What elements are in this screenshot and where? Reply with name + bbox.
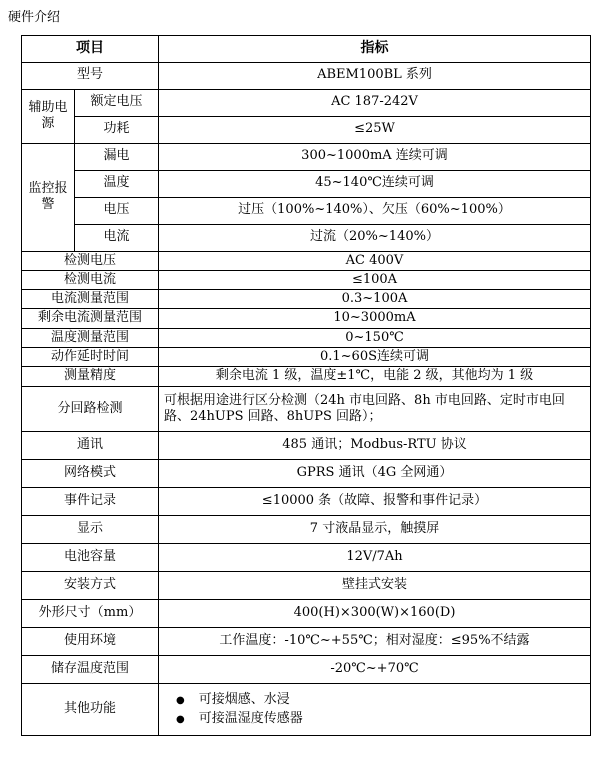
- table-row: 动作延时时间 0.1~60S连续可调: [22, 347, 591, 366]
- row-dimensions-label: 外形尺寸（mm）: [22, 600, 159, 628]
- row-residual-current-range-value: 10~3000mA: [159, 309, 591, 328]
- group-aux-power: 辅助电源: [22, 89, 75, 143]
- table-row: 功耗 ≤25W: [22, 116, 591, 143]
- table-row: 温度 45~140℃连续可调: [22, 170, 591, 197]
- row-storage-temp-label: 储存温度范围: [22, 656, 159, 684]
- bullet-item: ● 可接温湿度传感器: [164, 710, 585, 728]
- row-action-delay-value: 0.1~60S连续可调: [159, 347, 591, 366]
- row-rated-voltage-label: 额定电压: [75, 89, 159, 116]
- table-row: 安装方式 壁挂式安装: [22, 572, 591, 600]
- row-mounting-label: 安装方式: [22, 572, 159, 600]
- row-residual-current-range-label: 剩余电流测量范围: [22, 309, 159, 328]
- bullet-item: ● 可接烟感、水浸: [164, 691, 585, 709]
- row-temperature-alarm-label: 温度: [75, 170, 159, 197]
- row-storage-temp-value: -20℃~+70℃: [159, 656, 591, 684]
- row-current-alarm-value: 过流（20%~140%）: [159, 224, 591, 251]
- row-battery-value: 12V/7Ah: [159, 544, 591, 572]
- row-leakage-label: 漏电: [75, 143, 159, 170]
- table-row: 显示 7 寸液晶显示，触摸屏: [22, 516, 591, 544]
- row-display-label: 显示: [22, 516, 159, 544]
- row-voltage-alarm-value: 过压（100%~140%）、欠压（60%~100%）: [159, 197, 591, 224]
- row-temperature-range-value: 0~150℃: [159, 328, 591, 347]
- table-row: 温度测量范围 0~150℃: [22, 328, 591, 347]
- row-accuracy-value: 剩余电流 1 级，温度±1℃，电能 2 级，其他均为 1 级: [159, 367, 591, 387]
- table-row: 剩余电流测量范围 10~3000mA: [22, 309, 591, 328]
- group-monitor-alarm: 监控报警: [22, 143, 75, 251]
- header-spec: 指标: [159, 35, 591, 62]
- header-item: 项目: [22, 35, 159, 62]
- bullet-text: 可接烟感、水浸: [199, 692, 290, 708]
- hardware-spec-table: 项目 指标 型号 ABEM100BL 系列 辅助电源 额定电压 AC 187-2…: [21, 35, 591, 737]
- row-communication-label: 通讯: [22, 432, 159, 460]
- table-row: 辅助电源 额定电压 AC 187-242V: [22, 89, 591, 116]
- row-model-label: 型号: [22, 62, 159, 89]
- table-row: 电池容量 12V/7Ah: [22, 544, 591, 572]
- row-detect-voltage-value: AC 400V: [159, 251, 591, 270]
- table-row: 分回路检测 可根据用途进行区分检测（24h 市电回路、8h 市电回路、定时市电回…: [22, 387, 591, 432]
- table-row: 电流测量范围 0.3~100A: [22, 290, 591, 309]
- row-branch-detection-value: 可根据用途进行区分检测（24h 市电回路、8h 市电回路、定时市电回路、24hU…: [159, 387, 591, 432]
- row-environment-value: 工作温度：-10℃~+55℃；相对湿度：≤95%不结露: [159, 628, 591, 656]
- table-row: 监控报警 漏电 300~1000mA 连续可调: [22, 143, 591, 170]
- row-communication-value: 485 通讯；Modbus-RTU 协议: [159, 432, 591, 460]
- table-row: 事件记录 ≤10000 条（故障、报警和事件记录）: [22, 488, 591, 516]
- table-row: 其他功能 ● 可接烟感、水浸 ● 可接温湿度传感器: [22, 684, 591, 736]
- table-row: 电压 过压（100%~140%）、欠压（60%~100%）: [22, 197, 591, 224]
- row-current-alarm-label: 电流: [75, 224, 159, 251]
- row-environment-label: 使用环境: [22, 628, 159, 656]
- row-network-mode-value: GPRS 通讯（4G 全网通）: [159, 460, 591, 488]
- row-detect-current-value: ≤100A: [159, 270, 591, 289]
- table-row: 检测电压 AC 400V: [22, 251, 591, 270]
- table-row: 检测电流 ≤100A: [22, 270, 591, 289]
- table-row: 外形尺寸（mm） 400(H)×300(W)×160(D): [22, 600, 591, 628]
- row-display-value: 7 寸液晶显示，触摸屏: [159, 516, 591, 544]
- row-current-range-label: 电流测量范围: [22, 290, 159, 309]
- row-temperature-alarm-value: 45~140℃连续可调: [159, 170, 591, 197]
- row-battery-label: 电池容量: [22, 544, 159, 572]
- table-row: 网络模式 GPRS 通讯（4G 全网通）: [22, 460, 591, 488]
- row-event-log-label: 事件记录: [22, 488, 159, 516]
- row-other-functions-label: 其他功能: [22, 684, 159, 736]
- row-power-consumption-value: ≤25W: [159, 116, 591, 143]
- table-row: 使用环境 工作温度：-10℃~+55℃；相对湿度：≤95%不结露: [22, 628, 591, 656]
- table-row: 型号 ABEM100BL 系列: [22, 62, 591, 89]
- row-other-functions-value: ● 可接烟感、水浸 ● 可接温湿度传感器: [159, 684, 591, 736]
- row-detect-current-label: 检测电流: [22, 270, 159, 289]
- table-row: 测量精度 剩余电流 1 级，温度±1℃，电能 2 级，其他均为 1 级: [22, 367, 591, 387]
- row-voltage-alarm-label: 电压: [75, 197, 159, 224]
- bullet-icon: ●: [176, 714, 185, 727]
- bullet-icon: ●: [176, 695, 185, 708]
- table-row: 储存温度范围 -20℃~+70℃: [22, 656, 591, 684]
- row-branch-detection-label: 分回路检测: [22, 387, 159, 432]
- row-current-range-value: 0.3~100A: [159, 290, 591, 309]
- row-leakage-value: 300~1000mA 连续可调: [159, 143, 591, 170]
- row-network-mode-label: 网络模式: [22, 460, 159, 488]
- row-power-consumption-label: 功耗: [75, 116, 159, 143]
- row-rated-voltage-value: AC 187-242V: [159, 89, 591, 116]
- bullet-text: 可接温湿度传感器: [199, 711, 303, 727]
- row-model-value: ABEM100BL 系列: [159, 62, 591, 89]
- row-dimensions-value: 400(H)×300(W)×160(D): [159, 600, 591, 628]
- page-title: 硬件介绍: [8, 10, 604, 26]
- row-temperature-range-label: 温度测量范围: [22, 328, 159, 347]
- table-row: 通讯 485 通讯；Modbus-RTU 协议: [22, 432, 591, 460]
- table-header-row: 项目 指标: [22, 35, 591, 62]
- row-accuracy-label: 测量精度: [22, 367, 159, 387]
- row-action-delay-label: 动作延时时间: [22, 347, 159, 366]
- row-mounting-value: 壁挂式安装: [159, 572, 591, 600]
- table-row: 电流 过流（20%~140%）: [22, 224, 591, 251]
- row-event-log-value: ≤10000 条（故障、报警和事件记录）: [159, 488, 591, 516]
- row-detect-voltage-label: 检测电压: [22, 251, 159, 270]
